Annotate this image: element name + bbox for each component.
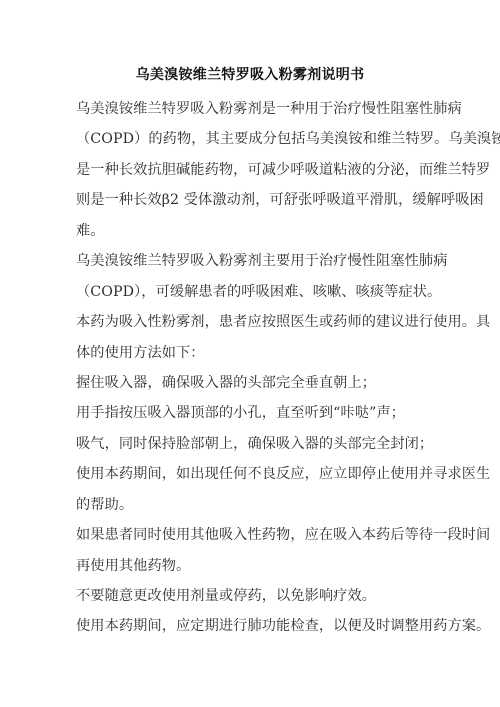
text-line: 使用本药期间，如出现任何不良反应，应立即停止使用并寻求医生 [76, 465, 426, 495]
text-line: 不要随意更改使用剂量或停药，以免影响疗效。 [76, 587, 426, 617]
text-line: 吸气，同时保持脸部朝上，确保吸入器的头部完全封闭； [76, 435, 426, 465]
text-line: 乌美溴铵维兰特罗吸入粉雾剂是一种用于治疗慢性阻塞性肺病 [76, 100, 426, 130]
text-line: 用手指按压吸入器顶部的小孔，直至听到“咔哒”声； [76, 404, 426, 434]
text-line: （COPD），可缓解患者的呼吸困难、咳嗽、咳痰等症状。 [76, 283, 426, 313]
text-line: 则是一种长效β2 受体激动剂，可舒张呼吸道平滑肌，缓解呼吸困 [76, 191, 426, 221]
text-line: 握住吸入器，确保吸入器的头部完全垂直朝上； [76, 374, 426, 404]
text-line: 难。 [76, 222, 426, 252]
text-line: 再使用其他药物。 [76, 557, 426, 587]
document-title: 乌美溴铵维兰特罗吸入粉雾剂说明书 [0, 64, 500, 84]
text-line: 的帮助。 [76, 496, 426, 526]
text-line: （COPD）的药物，其主要成分包括乌美溴铵和维兰特罗。乌美溴铵 [76, 130, 426, 160]
document-body: 乌美溴铵维兰特罗吸入粉雾剂是一种用于治疗慢性阻塞性肺病 （COPD）的药物，其主… [76, 100, 426, 648]
text-line: 体的使用方法如下： [76, 344, 426, 374]
text-line: 乌美溴铵维兰特罗吸入粉雾剂主要用于治疗慢性阻塞性肺病 [76, 252, 426, 282]
text-line: 使用本药期间，应定期进行肺功能检查，以便及时调整用药方案。 [76, 617, 426, 647]
text-line: 本药为吸入性粉雾剂，患者应按照医生或药师的建议进行使用。具 [76, 313, 426, 343]
text-line: 如果患者同时使用其他吸入性药物，应在吸入本药后等待一段时间 [76, 526, 426, 556]
text-line: 是一种长效抗胆碱能药物，可减少呼吸道粘液的分泌，而维兰特罗 [76, 161, 426, 191]
